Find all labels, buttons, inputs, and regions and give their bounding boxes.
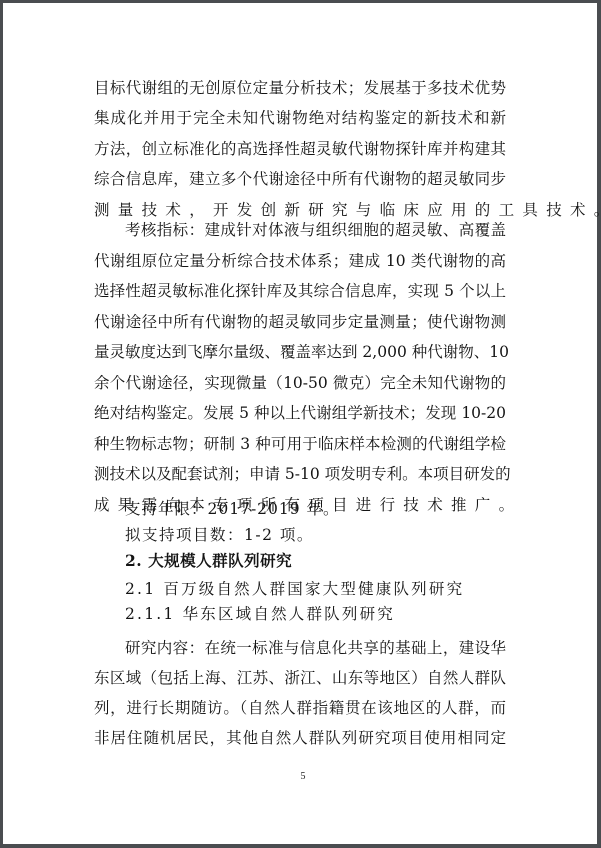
paragraph-2-line-1: 考核指标：建成针对体液与组织细胞的超灵敏、高覆盖 bbox=[125, 220, 506, 240]
paragraph-1-line-5: 测量技术，开发创新研究与临床应用的工具技术。 bbox=[94, 200, 601, 220]
paragraph-3-line-4: 非居住随机居民，其他自然人群队列研究项目使用相同定 bbox=[94, 728, 506, 748]
paragraph-1-line-1: 目标代谢组的无创原位定量分析技术；发展基于多技术优势 bbox=[94, 78, 506, 98]
paragraph-2-line-3: 选择性超灵敏标准化探针库及其综合信息库，实现 5 个以上 bbox=[94, 281, 506, 301]
support-period: 支持年限：2017-2019 年。 bbox=[125, 499, 340, 519]
paragraph-2-line-5: 量灵敏度达到飞摩尔量级、覆盖率达到 2,000 种代谢物、10 bbox=[94, 342, 506, 362]
page-number: 5 bbox=[297, 771, 309, 782]
project-count: 拟支持项目数：1-2 项。 bbox=[125, 525, 314, 545]
paragraph-3-line-1: 研究内容：在统一标准与信息化共享的基础上，建设华 bbox=[125, 638, 506, 658]
paragraph-1-line-2: 集成化并用于完全未知代谢物绝对结构鉴定的新技术和新 bbox=[94, 108, 506, 128]
paragraph-1-line-4: 综合信息库，建立多个代谢途径中所有代谢物的超灵敏同步 bbox=[94, 169, 506, 189]
paragraph-2-line-4: 代谢途径中所有代谢物的超灵敏同步定量测量；使代谢物测 bbox=[94, 312, 506, 332]
section-2-heading: 2. 大规模人群队列研究 bbox=[125, 551, 292, 571]
section-2-1-heading: 2.1 百万级自然人群国家大型健康队列研究 bbox=[125, 579, 464, 599]
paragraph-2-line-9: 测技术以及配套试剂；申请 5-10 项发明专利。本项目研发的 bbox=[94, 464, 506, 484]
paragraph-2-line-6: 余个代谢途径，实现微量（10-50 微克）完全未知代谢物的 bbox=[94, 373, 506, 393]
paragraph-3-line-3: 列，进行长期随访。（自然人群指籍贯在该地区的人群，而 bbox=[94, 698, 506, 718]
paragraph-2-line-8: 种生物标志物；研制 3 种可用于临床样本检测的代谢组学检 bbox=[94, 434, 506, 454]
paragraph-2-line-7: 绝对结构鉴定。发展 5 种以上代谢组学新技术；发现 10-20 bbox=[94, 403, 506, 423]
paragraph-1-line-3: 方法，创立标准化的高选择性超灵敏代谢物探针库并构建其 bbox=[94, 139, 506, 159]
paragraph-2-line-2: 代谢组原位定量分析综合技术体系；建成 10 类代谢物的高 bbox=[94, 251, 506, 271]
section-2-1-1-heading: 2.1.1 华东区域自然人群队列研究 bbox=[125, 604, 395, 624]
document-page: 目标代谢组的无创原位定量分析技术；发展基于多技术优势 集成化并用于完全未知代谢物… bbox=[3, 3, 597, 844]
paragraph-3-line-2: 东区域（包括上海、江苏、浙江、山东等地区）自然人群队 bbox=[94, 668, 506, 688]
